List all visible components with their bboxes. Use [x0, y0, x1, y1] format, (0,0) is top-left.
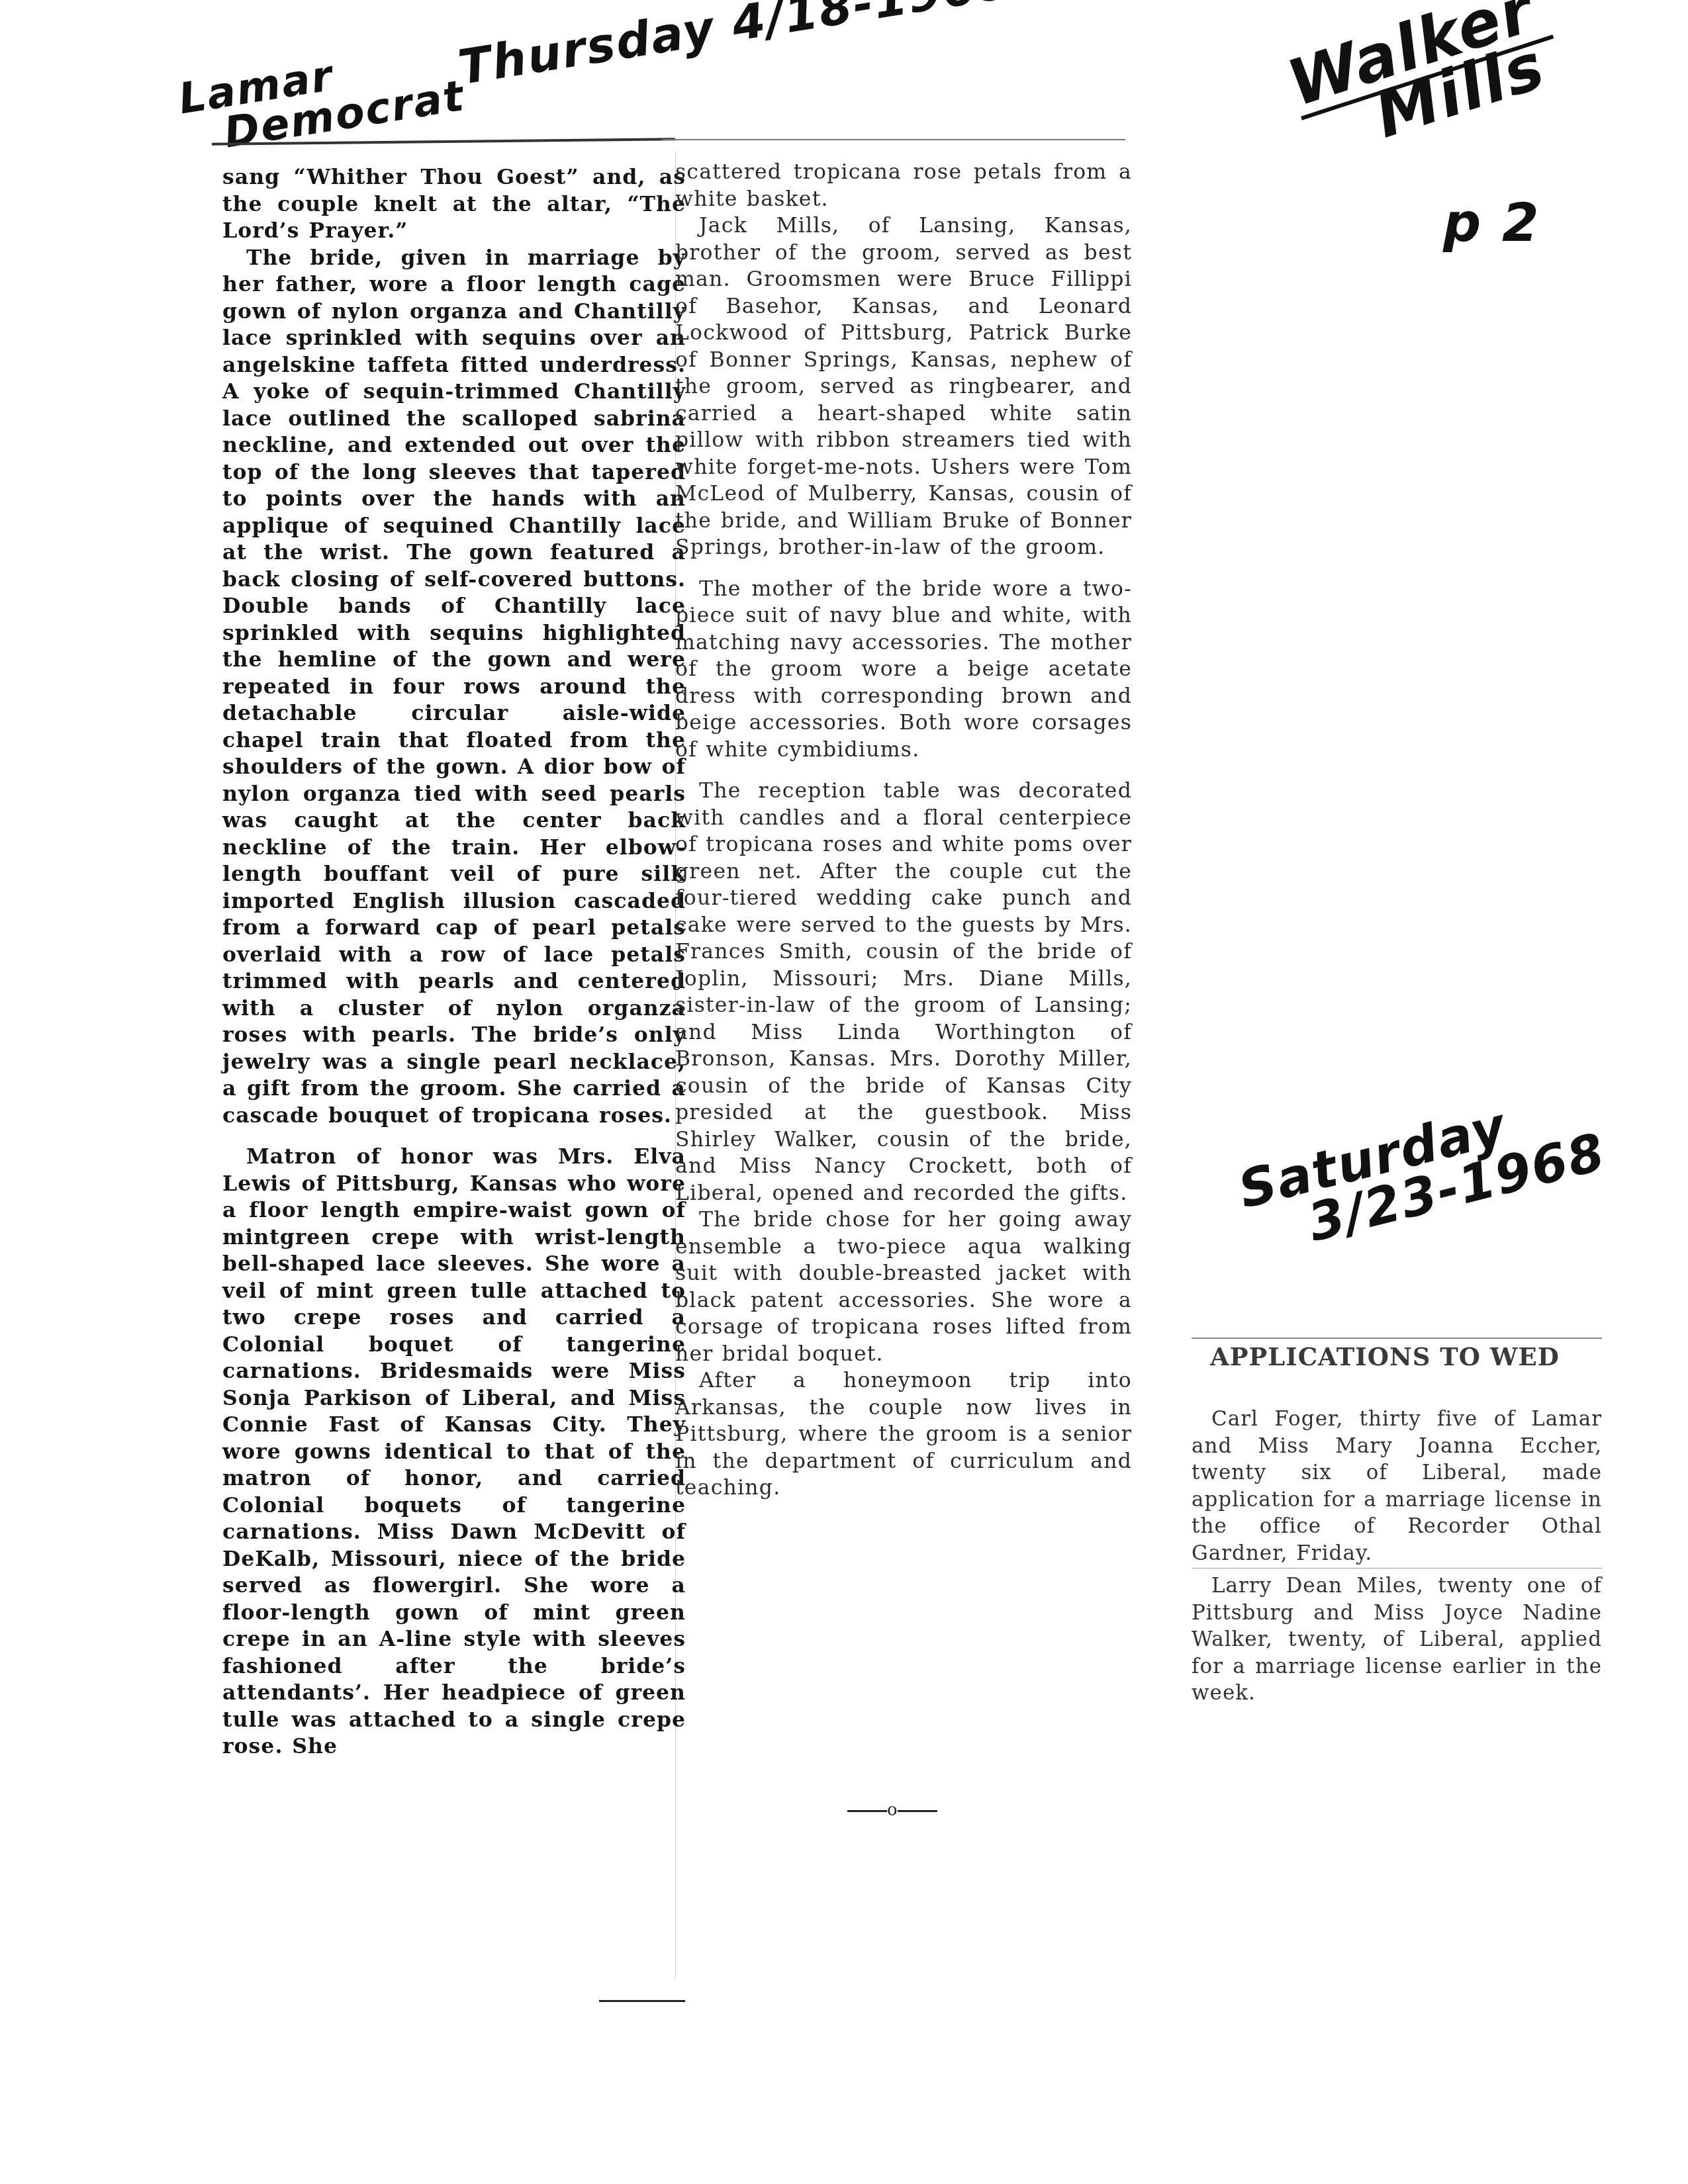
article-end-mark: o: [847, 1800, 937, 1820]
handwritten-applications-date: Saturday 3/23-1968: [1234, 1080, 1610, 1263]
article-paragraph: sang “Whither Thou Goest” and, as the co…: [222, 164, 686, 245]
application-entry: Carl Foger, thirty five of Lamar and Mis…: [1192, 1406, 1602, 1567]
article-middle-column: scattered tropicana rose petals from a w…: [675, 159, 1132, 1502]
application-entry: Larry Dean Miles, twenty one of Pittsbur…: [1192, 1568, 1602, 1707]
article-paragraph: The bride, given in marriage by her fath…: [222, 245, 686, 1130]
end-dash-right: [898, 1810, 937, 1812]
clipping-top-rule-middle: [662, 139, 1125, 140]
handwritten-page-reference: p 2: [1443, 192, 1540, 253]
handwritten-article-date: Thursday 4/18-1968: [455, 0, 1015, 95]
end-dash-left: [847, 1810, 887, 1812]
article-left-column: sang “Whither Thou Goest” and, as the co…: [222, 164, 686, 1760]
article-paragraph: After a honeymoon trip into Arkansas, th…: [675, 1367, 1132, 1502]
article-paragraph: The mother of the bride wore a two-piece…: [675, 576, 1132, 764]
article-paragraph: The bride chose for her going away ensem…: [675, 1206, 1132, 1367]
article-paragraph: Matron of honor was Mrs. Elva Lewis of P…: [222, 1144, 686, 1760]
applications-to-wed-clipping: APPLICATIONS TO WED Carl Foger, thirty f…: [1192, 1330, 1602, 1707]
clipping-bottom-rule: [599, 2000, 685, 2002]
article-paragraph: The reception table was decorated with c…: [675, 778, 1132, 1206]
handwritten-family-names: Walker Mills: [1282, 0, 1558, 167]
end-mark-glyph: o: [887, 1800, 898, 1820]
article-paragraph: scattered tropicana rose petals from a w…: [675, 159, 1132, 212]
article-paragraph: Jack Mills, of Lansing, Kansas, brother …: [675, 212, 1132, 561]
applications-heading: APPLICATIONS TO WED: [1192, 1330, 1602, 1371]
